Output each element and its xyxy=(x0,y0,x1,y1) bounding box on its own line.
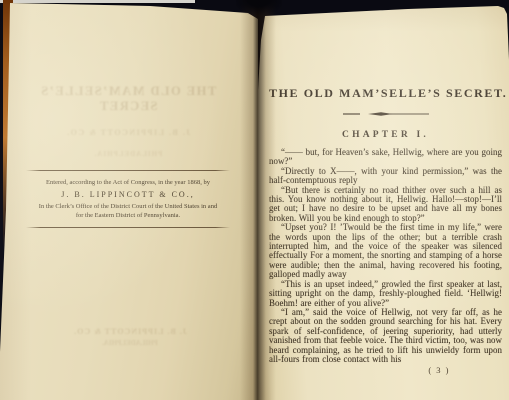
ornament-icon xyxy=(343,109,429,119)
paragraph: “Upset you? I! ’Twould be the first time… xyxy=(269,223,502,279)
scan-edge-highlight xyxy=(0,0,195,3)
copyright-rule-top xyxy=(26,170,230,171)
paragraph: “—— but, for Heaven’s sake, Hellwig, whe… xyxy=(269,148,502,167)
paragraph: “I am,” said the voice of Hellwig, not v… xyxy=(269,308,502,364)
chapter-heading: CHAPTER I. xyxy=(269,130,502,140)
copyright-office-line1: In the Clerk’s Office of the District Co… xyxy=(26,203,230,212)
show-through-publisher: J. B. LIPPINCOTT & CO. xyxy=(30,128,226,137)
book-photo: THE OLD MAM’SELLE’S SECRET J. B. LIPPINC… xyxy=(0,0,509,400)
page-number: ( 3 ) xyxy=(269,365,502,375)
show-through-bottom-line2: PHILADELPHIA. xyxy=(45,339,215,347)
copyright-notice: Entered, according to the Act of Congres… xyxy=(26,170,230,228)
paragraph: “Directly to X——, with your kind permiss… xyxy=(269,167,502,186)
left-page: THE OLD MAM’SELLE’S SECRET J. B. LIPPINC… xyxy=(0,0,258,400)
copyright-entered-line: Entered, according to the Act of Congres… xyxy=(26,179,230,187)
right-page: THE OLD MAM’SELLE’S SECRET. CHAPTER I. “… xyxy=(258,0,509,400)
copyright-rule-bottom xyxy=(26,227,230,228)
copyright-publisher: J. B. LIPPINCOTT & CO., xyxy=(26,190,230,199)
show-through-bottom-line1: J. B. LIPPINCOTT & CO. xyxy=(45,327,215,336)
book-title: THE OLD MAM’SELLE’S SECRET. xyxy=(269,86,502,100)
show-through-city: PHILADELPHIA. xyxy=(30,150,226,158)
show-through-title: THE OLD MAM’SELLE’S SECRET xyxy=(12,84,244,114)
chapter-body: “—— but, for Heaven’s sake, Hellwig, whe… xyxy=(269,148,502,364)
copyright-office-line2: for the Eastern District of Pennsylvania… xyxy=(26,212,230,221)
paragraph: “This is an upset indeed,” growled the f… xyxy=(269,280,502,308)
paragraph: “But there is certainly no road thither … xyxy=(269,186,502,224)
page-text-block: THE OLD MAM’SELLE’S SECRET. CHAPTER I. “… xyxy=(269,86,502,375)
